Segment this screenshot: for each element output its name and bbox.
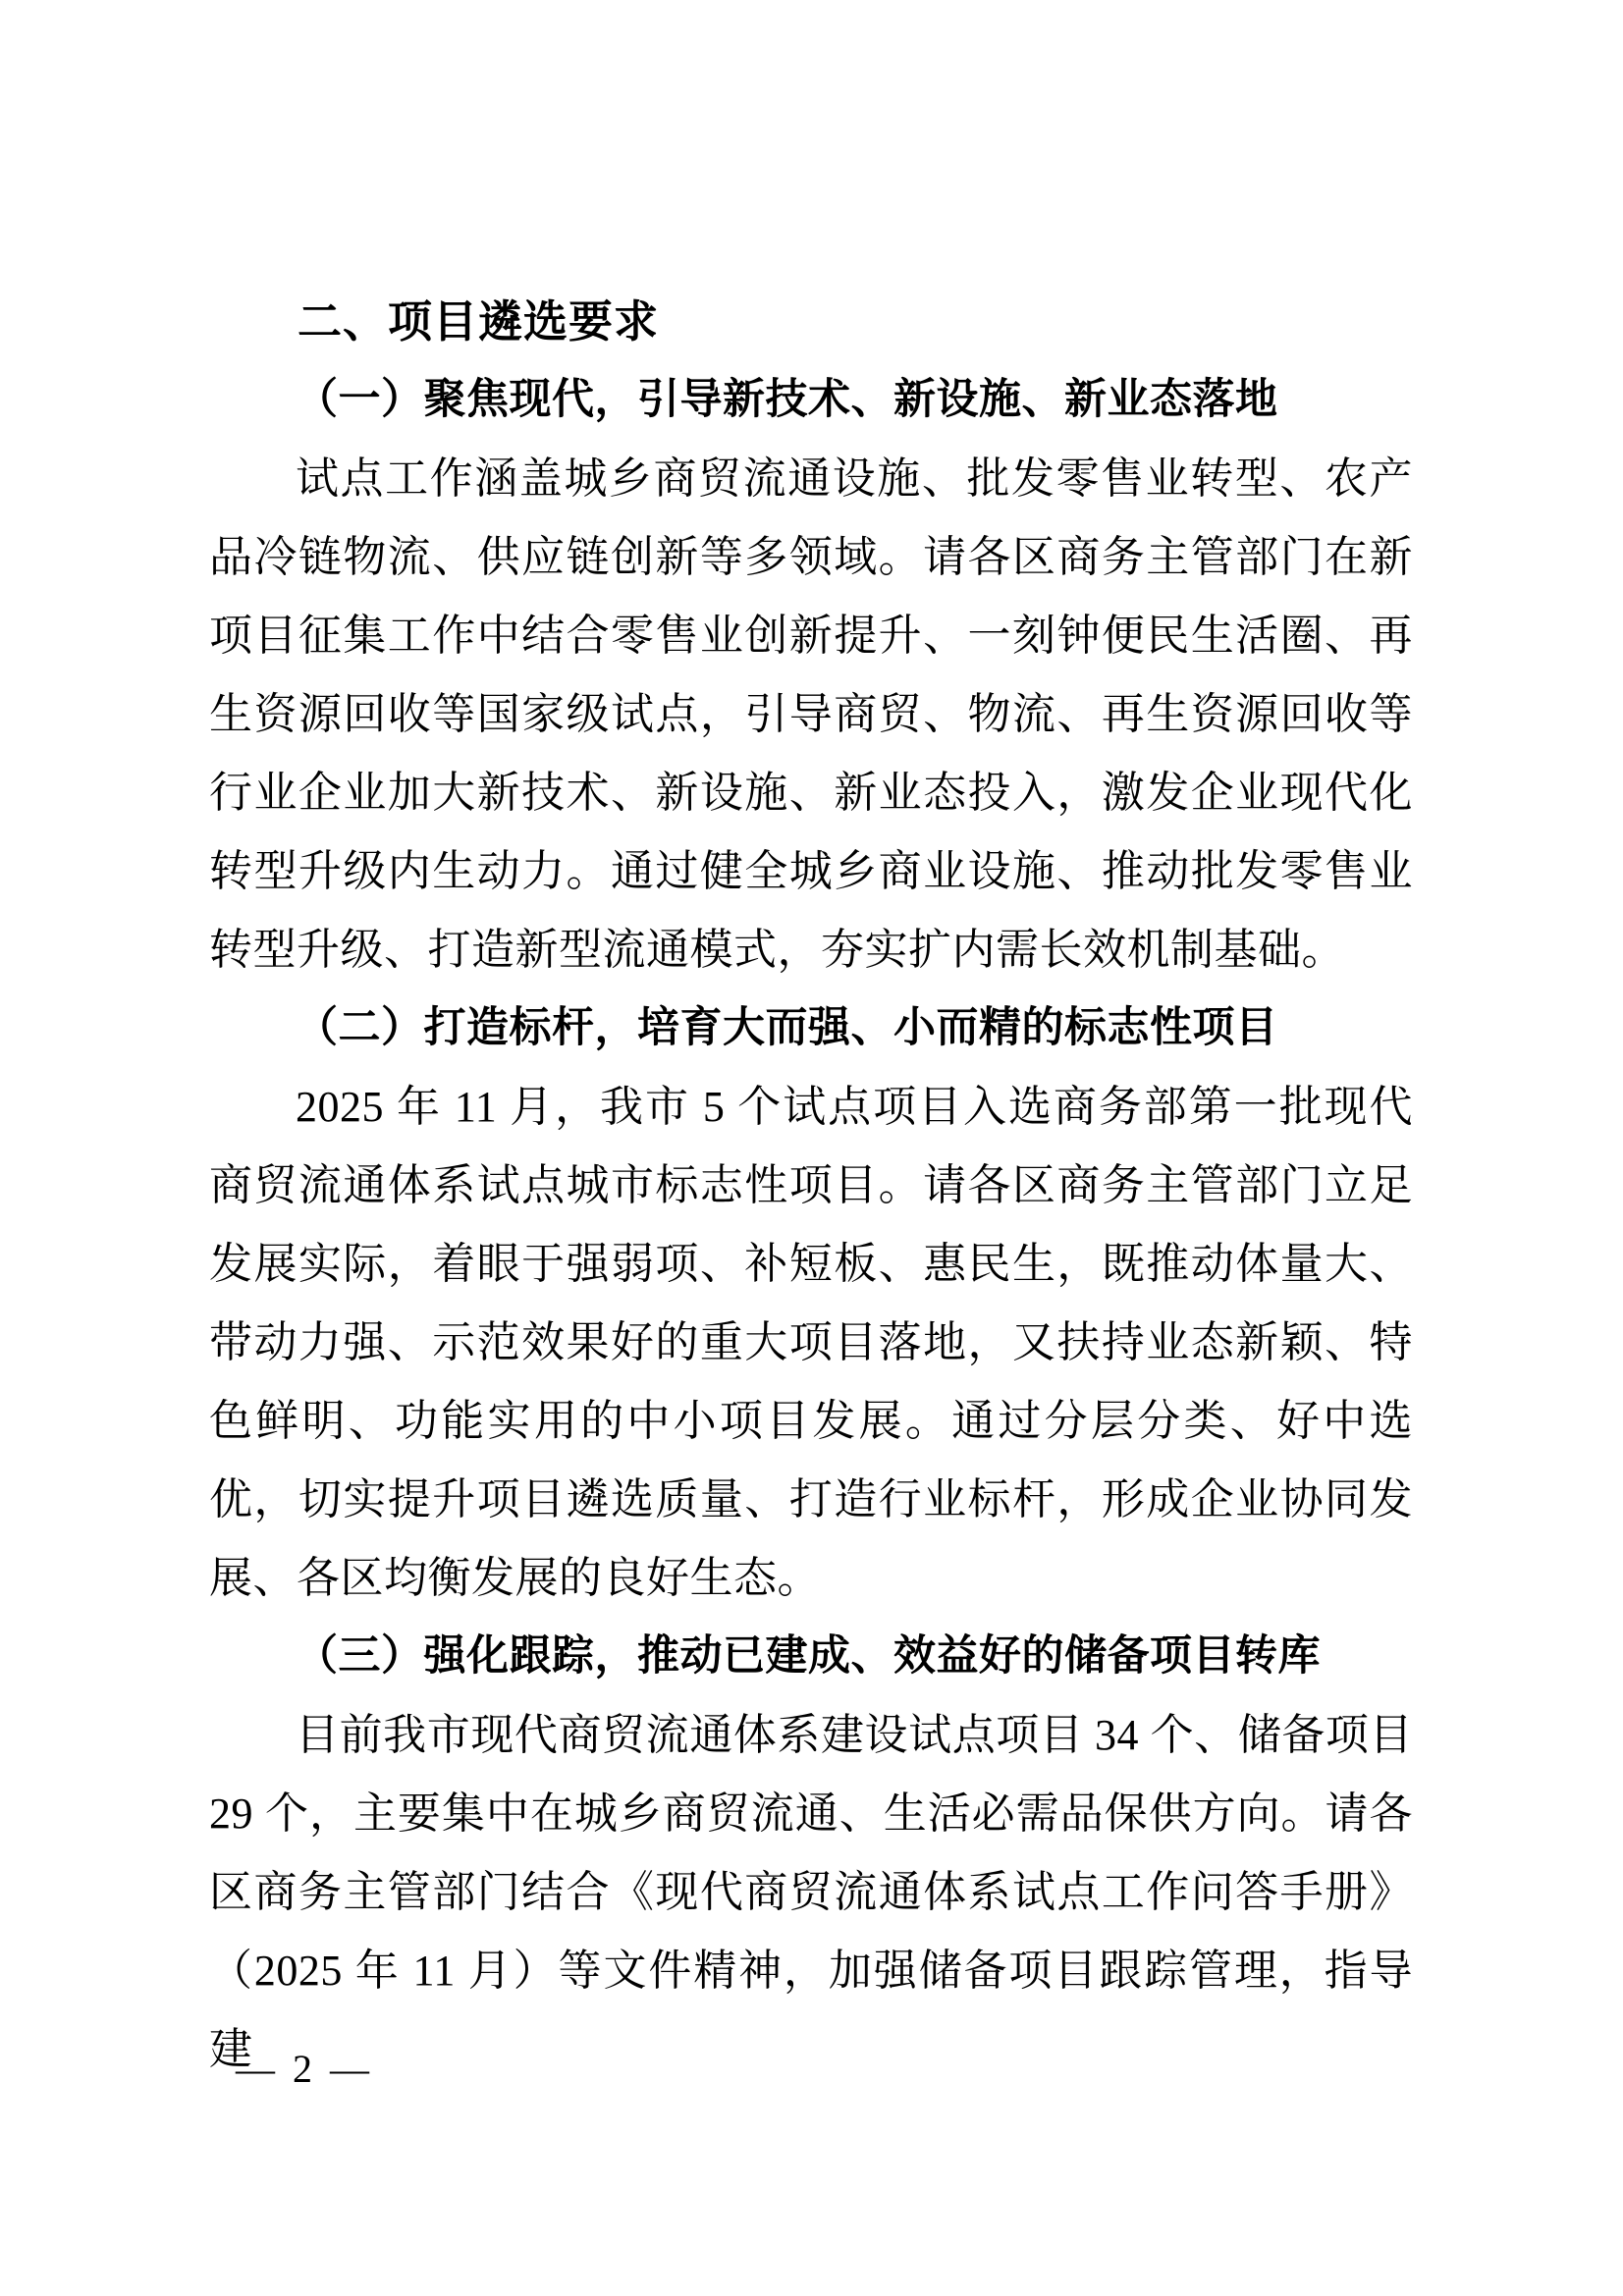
section-heading: 二、项目遴选要求 xyxy=(209,283,1413,361)
document-page: 二、项目遴选要求 （一）聚焦现代，引导新技术、新设施、新业态落地 试点工作涵盖城… xyxy=(0,0,1623,2296)
paragraph-3: 目前我市现代商贸流通体系建设试点项目 34 个、储备项目 29 个，主要集中在城… xyxy=(209,1696,1413,2089)
subsection-heading-2: （二）打造标杆，培育大而强、小而精的标志性项目 xyxy=(209,989,1413,1068)
subsection-heading-3: （三）强化跟踪，推动已建成、效益好的储备项目转库 xyxy=(209,1618,1413,1696)
paragraph-2: 2025 年 11 月，我市 5 个试点项目入选商务部第一批现代商贸流通体系试点… xyxy=(209,1068,1413,1618)
paragraph-1: 试点工作涵盖城乡商贸流通设施、批发零售业转型、农产品冷链物流、供应链创新等多领域… xyxy=(209,440,1413,989)
document-body: 二、项目遴选要求 （一）聚焦现代，引导新技术、新设施、新业态落地 试点工作涵盖城… xyxy=(209,283,1413,2089)
subsection-heading-1: （一）聚焦现代，引导新技术、新设施、新业态落地 xyxy=(209,361,1413,440)
page-number: — 2 — xyxy=(236,2048,373,2091)
